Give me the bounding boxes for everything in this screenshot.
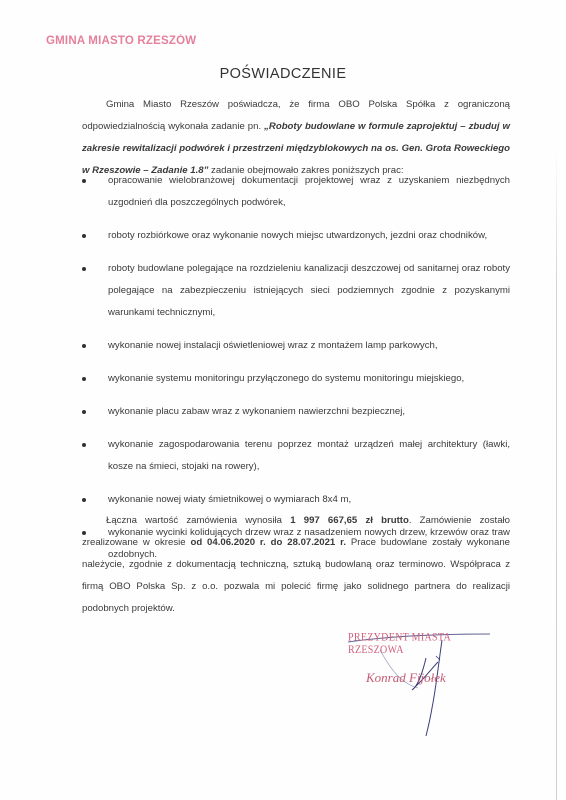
bullet-icon <box>82 498 86 502</box>
list-item: opracowanie wielobranżowej dokumentacji … <box>82 170 510 214</box>
bullet-icon <box>82 377 86 381</box>
realization-period: od 04.06.2020 r. do 28.07.2021 r. <box>190 537 346 548</box>
bullet-icon <box>82 443 86 447</box>
list-item: roboty budowlane polegające na rozdziele… <box>82 258 510 324</box>
scan-edge-line <box>556 150 557 800</box>
document-title: POŚWIADCZENIE <box>0 66 566 82</box>
bullet-icon <box>82 410 86 414</box>
order-value: 1 997 667,65 zł brutto <box>290 515 409 526</box>
signatory-name-stamp: Konrad Fijołek <box>366 670 446 686</box>
bullet-icon <box>82 267 86 271</box>
intro-paragraph: Gmina Miasto Rzeszów poświadcza, że firm… <box>82 94 510 182</box>
signature-block: PREZYDENT MIASTA RZESZOWA Konrad Fijołek <box>340 628 500 738</box>
bullet-icon <box>82 234 86 238</box>
letterhead-stamp: GMINA MIASTO RZESZÓW <box>46 35 196 47</box>
signatory-title-stamp: PREZYDENT MIASTA RZESZOWA <box>348 631 500 656</box>
list-item: wykonanie placu zabaw wraz z wykonaniem … <box>82 401 510 423</box>
document-page: GMINA MIASTO RZESZÓW POŚWIADCZENIE Gmina… <box>0 0 566 800</box>
bullet-icon <box>82 179 86 183</box>
list-item: roboty rozbiórkowe oraz wykonanie nowych… <box>82 225 510 247</box>
bullet-icon <box>82 344 86 348</box>
summary-paragraph: Łączna wartość zamówienia wynosiła 1 997… <box>82 510 510 620</box>
list-item: wykonanie systemu monitoringu przyłączon… <box>82 368 510 390</box>
list-item: wykonanie zagospodarowania terenu poprze… <box>82 434 510 478</box>
list-item: wykonanie nowej wiaty śmietnikowej o wym… <box>82 489 510 511</box>
list-item: wykonanie nowej instalacji oświetleniowe… <box>82 335 510 357</box>
